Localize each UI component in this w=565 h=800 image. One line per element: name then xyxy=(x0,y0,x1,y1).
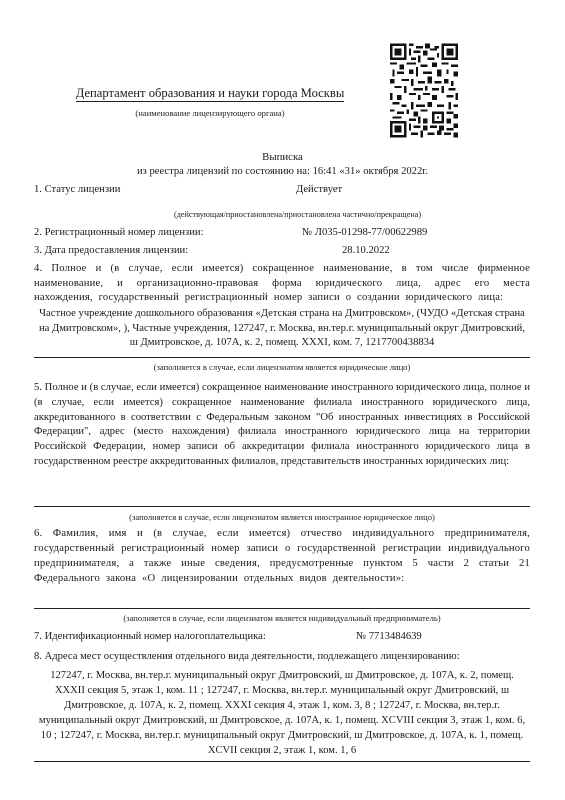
qr-code-icon xyxy=(390,43,458,138)
legal-entity-value: Частное учреждение дошкольного образован… xyxy=(34,307,530,351)
legal-entity-label: 4. Полное и (в случае, если имеется) сок… xyxy=(34,262,530,306)
document-subtitle: из реестра лицензий по состоянию на: 16:… xyxy=(0,165,565,179)
inn-value: № 7713484639 xyxy=(356,630,422,644)
addresses-underline xyxy=(34,761,530,762)
document-title: Выписка xyxy=(0,150,565,164)
legal-entity-caption: (заполняется в случае, если лицензиатом … xyxy=(34,362,530,373)
reg-number-row: 2. Регистрационный номер лицензии: № Л03… xyxy=(34,226,530,240)
issue-date-row: 3. Дата предоставления лицензии: 28.10.2… xyxy=(34,244,530,258)
addresses-value: 127247, г. Москва, вн.тер.г. муниципальн… xyxy=(34,668,530,758)
foreign-entity-caption: (заполняется в случае, если лицензиатом … xyxy=(34,512,530,523)
inn-label: 7. Идентификационный номер налогоплатель… xyxy=(34,631,266,642)
licensing-organ-name-text: Департамент образования и науки города М… xyxy=(76,86,345,102)
reg-number-label: 2. Регистрационный номер лицензии: xyxy=(34,227,204,238)
legal-entity-underline xyxy=(34,357,530,358)
addresses-label: 8. Адреса мест осуществления отдельного … xyxy=(34,650,530,665)
licensing-organ-caption: (наименование лицензирующего органа) xyxy=(40,108,380,119)
reg-number-value: № Л035-01298-77/00622989 xyxy=(302,226,427,240)
license-status-label: 1. Статус лицензии xyxy=(34,184,120,195)
licensing-organ-name: Департамент образования и науки города М… xyxy=(40,86,380,101)
foreign-entity-underline xyxy=(34,506,530,507)
inn-row: 7. Идентификационный номер налогоплатель… xyxy=(34,630,530,644)
entrepreneur-underline xyxy=(34,608,530,609)
license-status-value: Действует xyxy=(296,183,342,197)
entrepreneur-label: 6. Фамилия, имя и (в случае, если имеетс… xyxy=(34,526,530,586)
issue-date-label: 3. Дата предоставления лицензии: xyxy=(34,245,188,256)
license-status-row: 1. Статус лицензии Действует xyxy=(34,183,530,197)
license-status-caption: (действующая/приостановлена/приостановле… xyxy=(174,209,421,220)
entrepreneur-caption: (заполняется в случае, если лицензиатом … xyxy=(34,613,530,624)
issue-date-value: 28.10.2022 xyxy=(342,244,390,258)
foreign-entity-label: 5. Полное и (в случае, если имеется) сок… xyxy=(34,381,530,470)
